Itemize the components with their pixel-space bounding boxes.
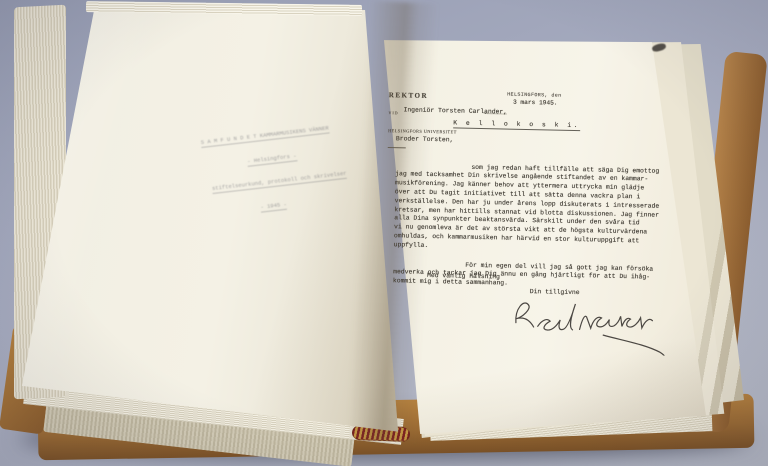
closing-phrase: Med vänlig hälsning [427, 272, 500, 281]
faint-typed-title-block: S A M F U N D E T KAMMARMUSIKENS VÄNNER … [199, 108, 400, 241]
letterhead-title: REKTOR [389, 91, 428, 100]
dateline-place: HELSINGFORS, den [507, 92, 562, 99]
faint-line: S A M F U N D E T KAMMARMUSIKENS VÄNNER [200, 124, 329, 148]
signature-handwritten [506, 288, 682, 356]
letterhead-institution: HELSINGFORS UNIVERSITET [388, 128, 457, 134]
recipient-city: K e l l o k o s k i. [453, 119, 580, 130]
paragraph-2: För min egen del vill jag så gott jag ka… [393, 242, 417, 286]
photo-of-open-letter-book: S A M F U N D E T KAMMARMUSIKENS VÄNNER … [0, 0, 768, 466]
letterhead-vid: VID [388, 110, 398, 115]
typed-letter: REKTOR VID HELSINGFORS UNIVERSITET HELSI… [378, 40, 716, 447]
paragraph-1: som jag redan haft tillfälle att säga Di… [394, 144, 419, 250]
faint-line: - 1945 - [260, 201, 287, 213]
faint-line: stiftelseurkund, protokoll och skrivelse… [212, 170, 347, 194]
salutation: Broder Torsten, [396, 135, 454, 143]
dateline-date: 3 mars 1945. [513, 99, 558, 107]
faint-line: - Helsingfors - [247, 152, 297, 167]
